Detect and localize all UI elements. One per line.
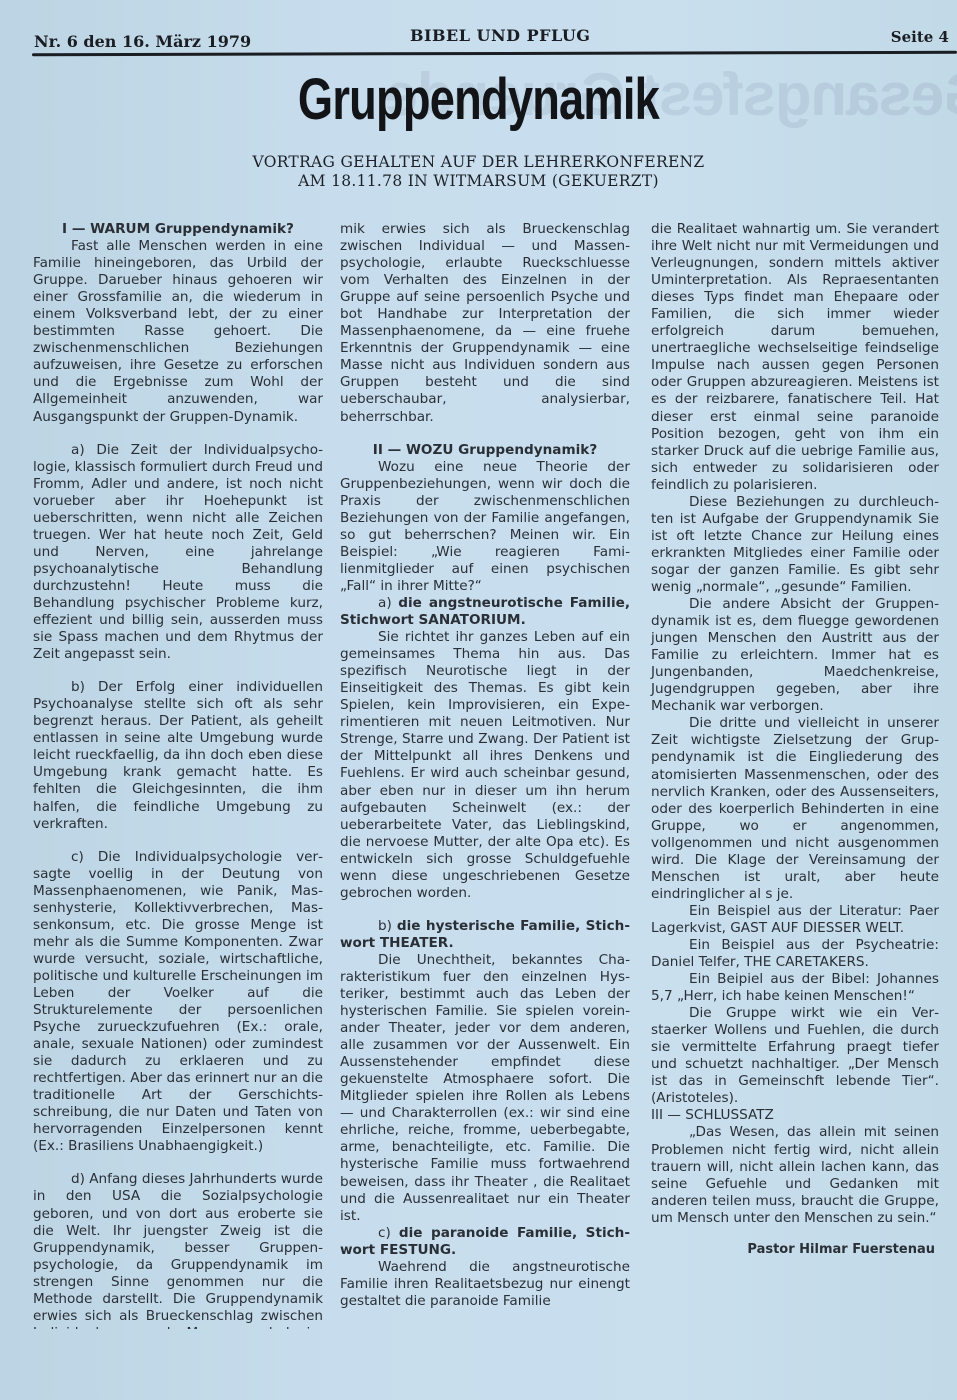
paragraph: b) Der Erfolg einer individuellen Psycho… <box>33 679 323 832</box>
paragraph: Die dritte und vielleicht in unserer Zei… <box>651 715 939 903</box>
paragraph: Die andere Absicht der Gruppen­dynamik i… <box>651 596 939 715</box>
column-2: mik erwies sich als Brueckenschlag zwisc… <box>340 221 630 1310</box>
paragraph: Ein Beispiel aus der Literatur: Paer Lag… <box>651 903 939 937</box>
section-3-heading: III — SCHLUSSATZ <box>651 1107 939 1124</box>
closing-quote: „Das Wesen, das allein mit seinen Proble… <box>651 1124 939 1226</box>
section-2-heading: II — WOZU Gruppendynamik? <box>340 442 630 459</box>
article-subtitle: VORTRAG GEHALTEN AUF DER LEHRERKONFERENZ… <box>0 153 957 191</box>
paragraph: Diese Beziehungen zu durchleuch­ten ist … <box>651 494 939 596</box>
paragraph: Ein Beispiel aus der Psycheatrie: Daniel… <box>651 937 939 971</box>
subtitle-line-1: VORTRAG GEHALTEN AUF DER LEHRERKONFERENZ <box>0 153 957 172</box>
masthead: Nr. 6 den 16. März 1979 BIBEL UND PFLUG … <box>34 22 949 52</box>
page-number: Seite 4 <box>891 28 949 46</box>
issue-date: Nr. 6 den 16. März 1979 <box>34 32 251 51</box>
paragraph: Die Unechtheit, bekanntes Cha­rakteristi… <box>340 952 630 1225</box>
subheading-b: b) die hysterische Familie, Stich­wort T… <box>340 918 630 952</box>
paragraph-continued: die Realitaet wahnartig um. Sie veran­de… <box>651 221 939 494</box>
paragraph: Sie richtet ihr ganzes Leben auf ein gem… <box>340 629 630 902</box>
author-signature: Pastor Hilmar Fuerstenau <box>651 1241 939 1258</box>
section-1-heading: I — WARUM Gruppendynamik? <box>33 221 323 238</box>
article-title: Gruppendynamik <box>105 66 851 133</box>
subtitle-line-2: AM 18.11.78 IN WITMARSUM (GEKUERZT) <box>0 172 957 191</box>
paragraph: Waehrend die angstneurotische Familie ih… <box>340 1259 630 1310</box>
paragraph-continued: mik erwies sich als Brueckenschlag zwisc… <box>340 221 630 426</box>
paragraph: Ein Beipiel aus der Bibel: Johan­nes 5,7… <box>651 971 939 1005</box>
column-3: die Realitaet wahnartig um. Sie veran­de… <box>651 221 939 1258</box>
paragraph: a) Die Zeit der Individualpsycho­logie, … <box>33 442 323 664</box>
subheading-c: c) die paranoide Familie, Stich­wort FES… <box>340 1225 630 1259</box>
publication-name: BIBEL UND PFLUG <box>410 26 590 45</box>
subheading-a: a) die angstneurotische Familie, Stichwo… <box>340 595 630 629</box>
paragraph: Wozu eine neue Theorie der Gruppenbezieh… <box>340 459 630 595</box>
paragraph: Die Gruppe wirkt wie ein Ver­staerker Wo… <box>651 1005 939 1107</box>
paragraph: c) Die Individualpsychologie ver­sagte v… <box>33 849 323 1156</box>
column-1: I — WARUM Gruppendynamik? Fast alle Mens… <box>33 221 323 1329</box>
newspaper-page: Gesangsfest Gruende Nr. 6 den 16. März 1… <box>0 0 957 1400</box>
paragraph: d) Anfang dieses Jahrhunderts wurde in d… <box>33 1171 323 1329</box>
paragraph: Fast alle Menschen werden in eine Famili… <box>33 238 323 426</box>
